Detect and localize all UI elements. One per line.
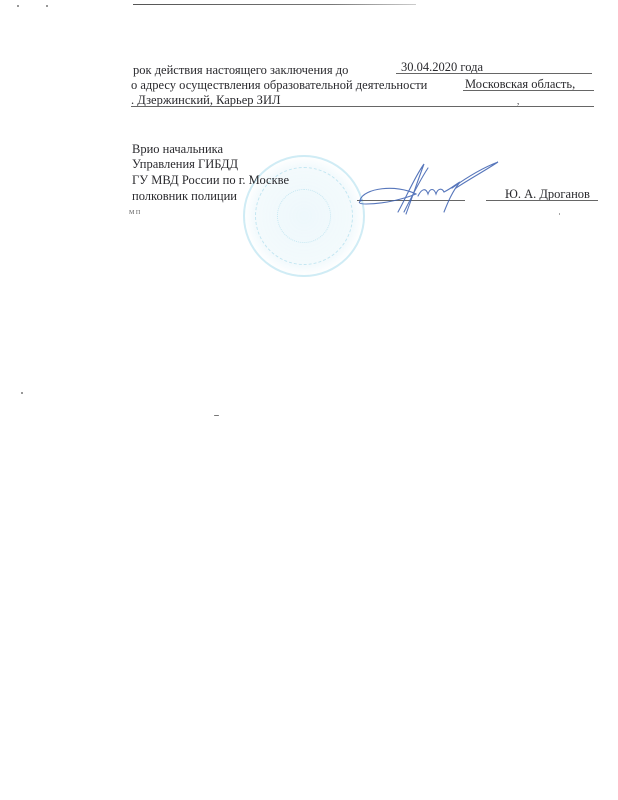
validity-date-underline bbox=[396, 73, 592, 74]
signatory-position-line-1: Врио начальника bbox=[132, 142, 223, 156]
scan-speck bbox=[46, 5, 48, 7]
validity-label: рок действия настоящего заключения до bbox=[133, 63, 348, 77]
scan-speck bbox=[214, 415, 219, 416]
scan-speck bbox=[17, 5, 19, 7]
signatory-position-line-2: Управления ГИБДД bbox=[132, 157, 238, 171]
signatory-name: Ю. А. Дроганов bbox=[505, 187, 590, 201]
address-value-2: . Дзержинский, Карьер ЗИЛ bbox=[131, 93, 280, 107]
signatory-rank: полковник полиции bbox=[132, 189, 237, 203]
handwritten-signature bbox=[356, 158, 506, 218]
top-divider bbox=[133, 4, 416, 5]
address-label: о адресу осуществления образовательной д… bbox=[131, 78, 427, 92]
seal-mark: М П bbox=[129, 206, 140, 220]
validity-date: 30.04.2020 года bbox=[401, 60, 483, 74]
scan-speck bbox=[559, 213, 560, 215]
scan-speck bbox=[21, 392, 23, 394]
address-underline-2 bbox=[131, 106, 594, 107]
name-underline bbox=[486, 200, 598, 201]
address-value-1: Московская область, bbox=[465, 77, 575, 91]
address-underline-1 bbox=[463, 90, 594, 91]
signatory-position-line-3: ГУ МВД России по г. Москве bbox=[132, 173, 289, 187]
